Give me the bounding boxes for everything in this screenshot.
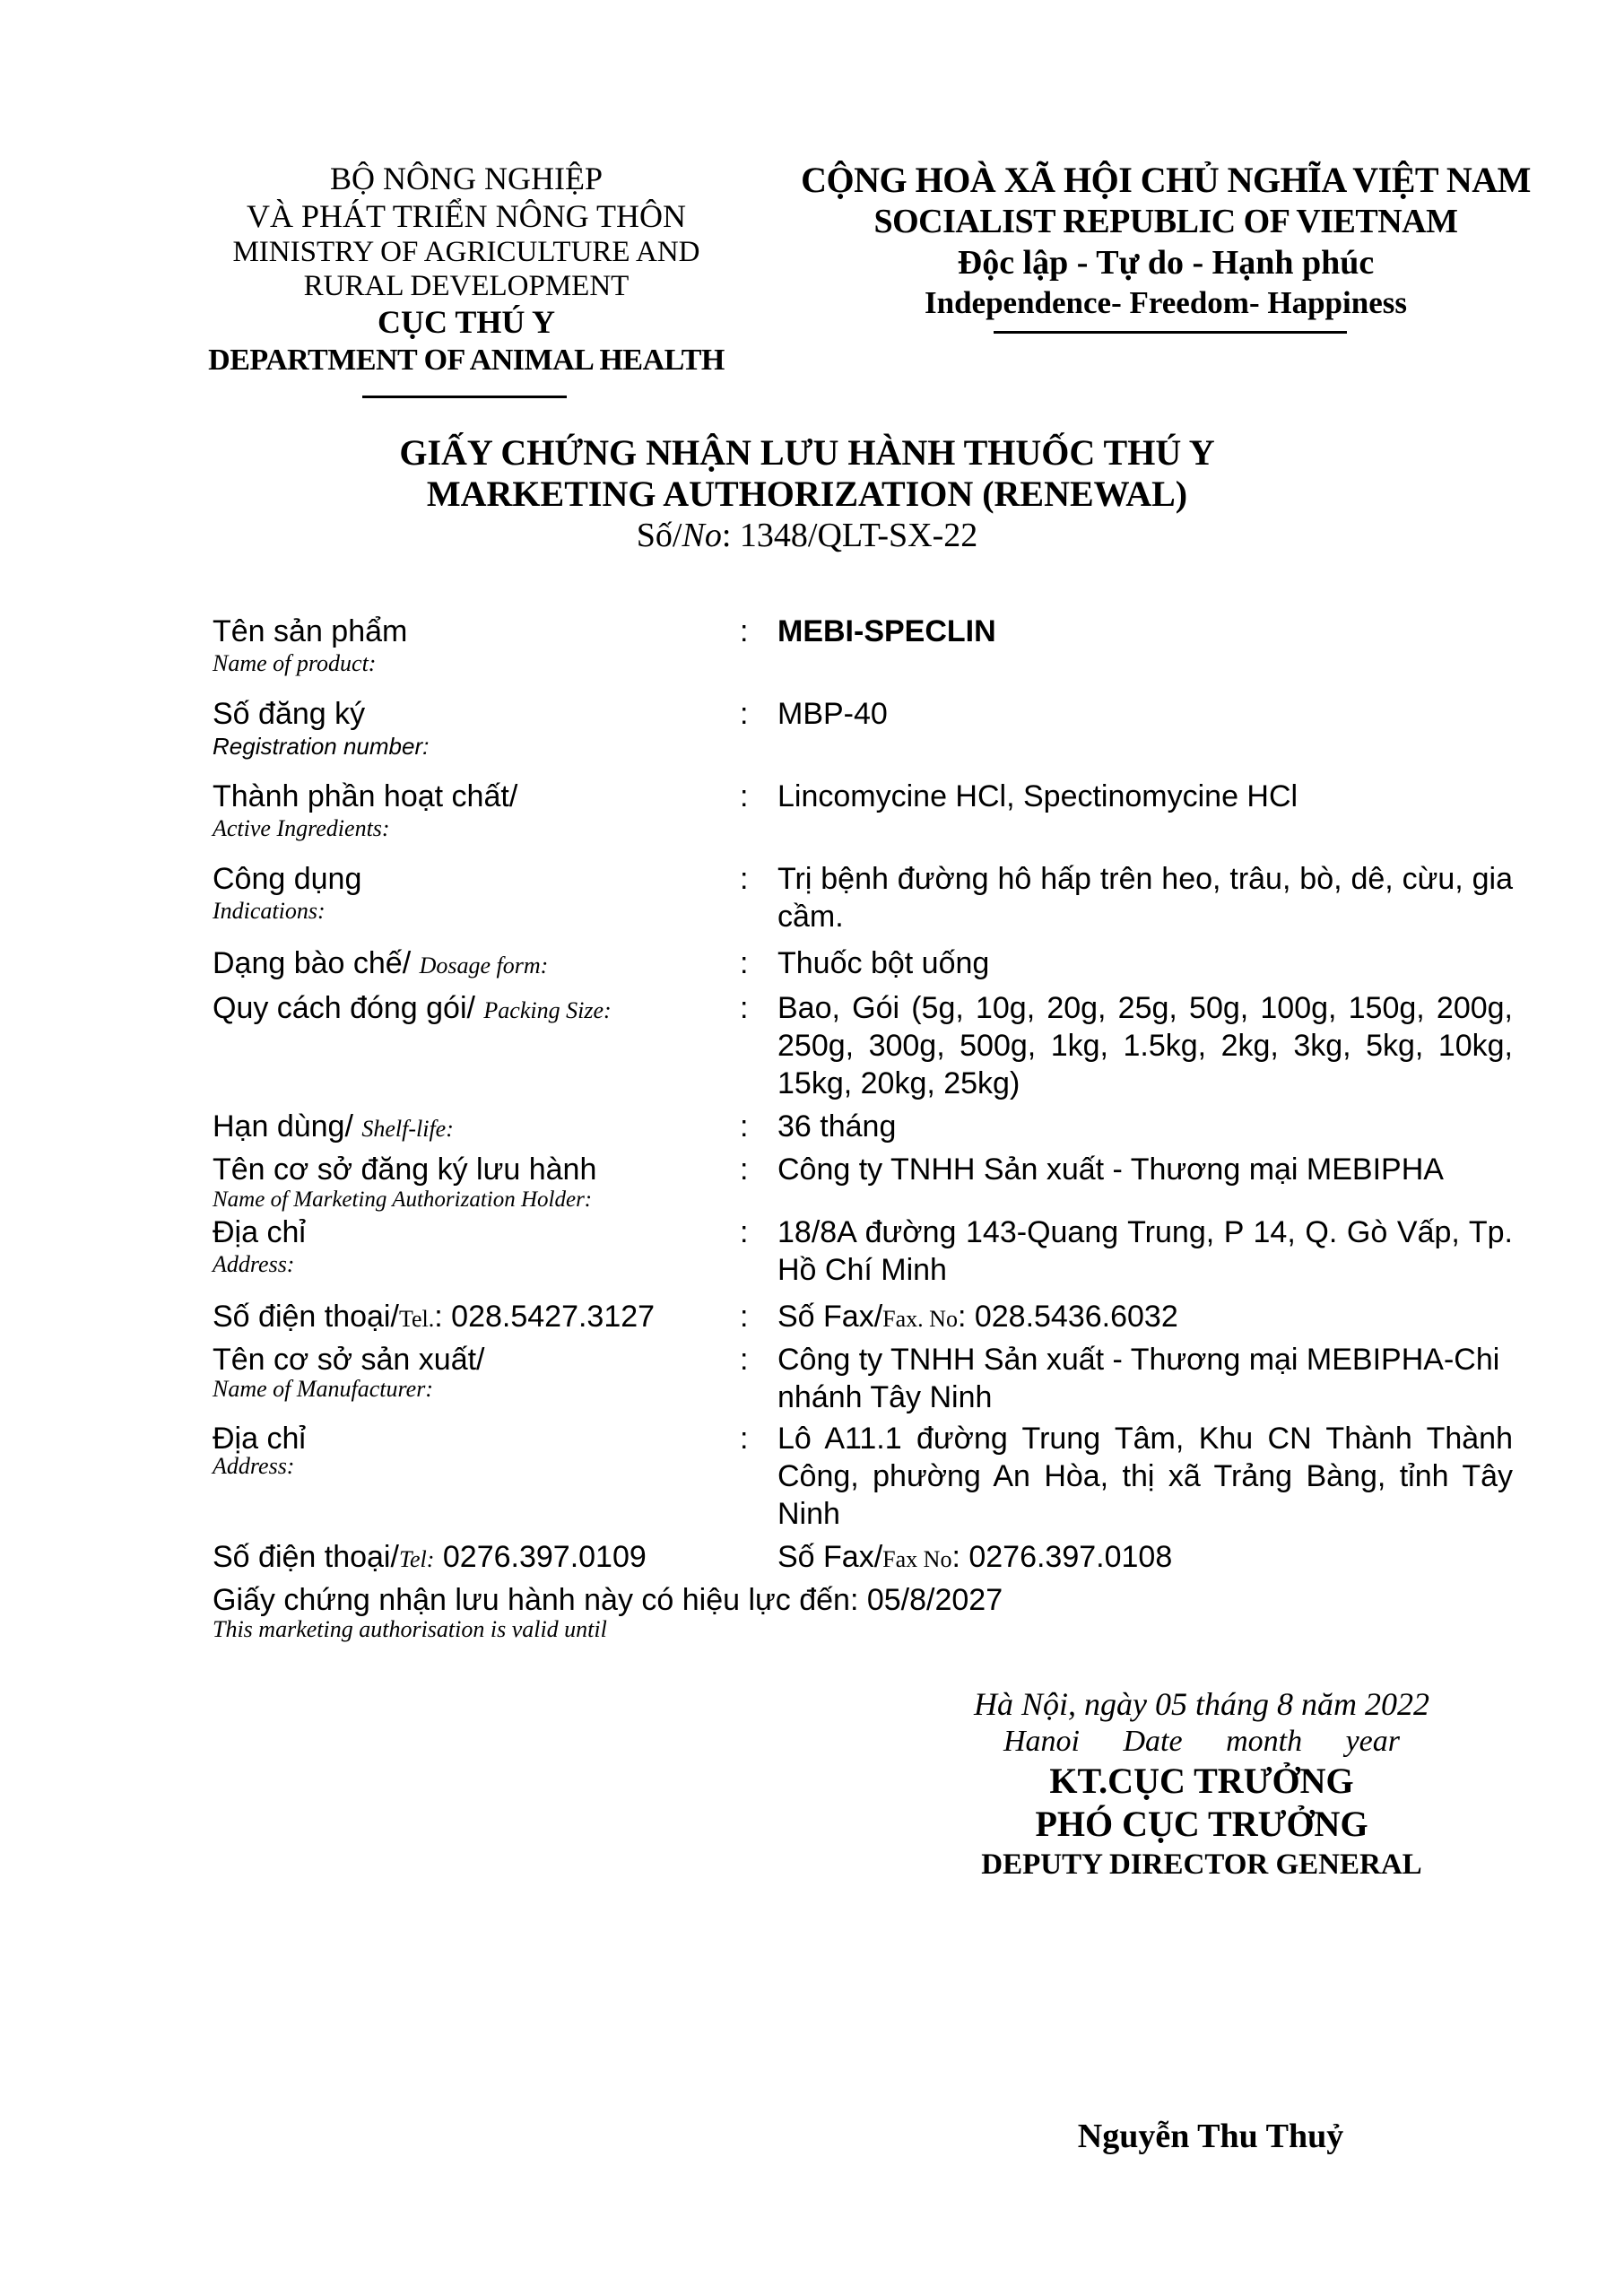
ministry-name-en-2: RURAL DEVELOPMENT <box>170 269 762 303</box>
country-name-vi: CỘNG HOÀ XÃ HỘI CHỦ NGHĨA VIỆT NAM <box>780 160 1551 201</box>
field-colon: : <box>740 1108 777 1151</box>
field-label-vi: Thành phần hoạt chất/ <box>213 778 740 815</box>
signatory-title-1: KT.CỤC TRƯỞNG <box>888 1760 1515 1803</box>
document-title: GIẤY CHỨNG NHẬN LƯU HÀNH THUỐC THÚ Y MAR… <box>179 432 1435 556</box>
fax-label-vi: Số Fax/ <box>777 1540 882 1574</box>
holder-phone-value: : 028.5427.3127 <box>434 1300 655 1334</box>
field-label-en: Address: <box>213 1251 740 1278</box>
field-colon: : <box>740 944 777 989</box>
field-label-en: Indications: <box>213 898 740 925</box>
motto-en: Independence- Freedom- Happiness <box>780 283 1551 323</box>
field-colon: : <box>740 778 777 860</box>
manufacturer-fax-value: : 0276.397.0108 <box>951 1540 1172 1574</box>
packing-size-value: Bao, Gói (5g, 10g, 20g, 25g, 50g, 100g, … <box>777 989 1513 1108</box>
field-registration-number: Số đăng ký Registration number: : MBP-40 <box>213 695 1522 778</box>
title-vi: GIẤY CHỨNG NHẬN LƯU HÀNH THUỐC THÚ Y <box>179 432 1435 474</box>
fax-label-en: Fax. No <box>882 1306 958 1332</box>
title-en: MARKETING AUTHORIZATION (RENEWAL) <box>179 474 1435 515</box>
header-right-divider <box>994 331 1347 334</box>
manufacturer-value: Công ty TNHH Sản xuất - Thương mại MEBIP… <box>777 1341 1513 1420</box>
certificate-fields: Tên sản phẩm Name of product: : MEBI-SPE… <box>213 613 1522 1640</box>
field-dosage-form: Dạng bào chế/ Dosage form: : Thuốc bột u… <box>213 944 1522 989</box>
number-value: : 1348/QLT-SX-22 <box>722 517 977 554</box>
field-label-vi: Tên sản phẩm <box>213 613 740 650</box>
field-manufacturer-contact: Số điện thoại/Tel: 0276.397.0109 Số Fax/… <box>213 1538 1522 1581</box>
registration-number-value: MBP-40 <box>777 695 1513 778</box>
signatory-title-en: DEPUTY DIRECTOR GENERAL <box>888 1846 1515 1883</box>
field-label-vi: Địa chỉ <box>213 1213 740 1251</box>
field-label-en: Name of Marketing Authorization Holder: <box>213 1188 740 1212</box>
validity-text-en: This marketing authorisation is valid un… <box>213 1619 1522 1640</box>
field-manufacturer-address: Địa chỉ Address: : Lô A11.1 đường Trung … <box>213 1420 1522 1538</box>
certificate-number: Số/No: 1348/QLT-SX-22 <box>179 515 1435 556</box>
phone-label-en: Tel: <box>399 1546 435 1572</box>
field-label-vi: Công dụng <box>213 860 740 898</box>
holder-fax-value: : 028.5436.6032 <box>958 1300 1178 1334</box>
ministry-name-vi-2: VÀ PHÁT TRIỂN NÔNG THÔN <box>170 197 762 235</box>
field-holder-contact: Số điện thoại/Tel.: 028.5427.3127 : Số F… <box>213 1298 1522 1341</box>
department-name-en: DEPARTMENT OF ANIMAL HEALTH <box>170 341 762 380</box>
signatory-title-2: PHÓ CỤC TRƯỞNG <box>888 1803 1515 1846</box>
field-colon: : <box>740 860 777 944</box>
validity-statement: Giấy chứng nhận lưu hành này có hiệu lực… <box>213 1581 1522 1640</box>
national-heading: CỘNG HOÀ XÃ HỘI CHỦ NGHĨA VIỆT NAM SOCIA… <box>780 160 1551 323</box>
number-prefix-vi: Số/ <box>637 517 682 554</box>
field-active-ingredients: Thành phần hoạt chất/ Active Ingredients… <box>213 778 1522 860</box>
field-label-en: Address: <box>213 1457 740 1475</box>
validity-text-vi: Giấy chứng nhận lưu hành này có hiệu lực… <box>213 1581 1522 1619</box>
department-name-vi: CỤC THÚ Y <box>170 303 762 341</box>
holder-address-value: 18/8A đường 143-Quang Trung, P 14, Q. Gò… <box>777 1213 1513 1298</box>
dosage-form-value: Thuốc bột uống <box>777 944 1513 989</box>
shelf-life-value: 36 tháng <box>777 1108 1513 1151</box>
field-colon: : <box>740 1298 777 1341</box>
field-label-en: Dosage form: <box>420 952 549 978</box>
field-colon: : <box>740 989 777 1108</box>
field-colon: : <box>740 695 777 778</box>
field-label-en: Packing Size: <box>483 997 611 1023</box>
ministry-name-en-1: MINISTRY OF AGRICULTURE AND <box>170 235 762 269</box>
field-label-en: Name of product: <box>213 650 740 677</box>
motto-vi: Độc lập - Tự do - Hạnh phúc <box>780 242 1551 283</box>
phone-label-en: Tel. <box>399 1306 434 1332</box>
active-ingredients-value: Lincomycine HCl, Spectinomycine HCl <box>777 778 1513 860</box>
field-product-name: Tên sản phẩm Name of product: : MEBI-SPE… <box>213 613 1522 695</box>
field-label-vi: Số đăng ký <box>213 695 740 733</box>
field-label-vi: Dạng bào chế/ <box>213 946 420 980</box>
country-name-en: SOCIALIST REPUBLIC OF VIETNAM <box>780 201 1551 242</box>
field-colon: : <box>740 613 777 695</box>
field-colon: : <box>740 1420 777 1538</box>
field-indications: Công dụng Indications: : Trị bệnh đường … <box>213 860 1522 944</box>
field-label-vi: Hạn dùng/ <box>213 1109 361 1144</box>
field-colon: : <box>740 1213 777 1298</box>
fax-label-vi: Số Fax/ <box>777 1300 882 1334</box>
phone-label-vi: Số điện thoại/ <box>213 1300 399 1334</box>
field-manufacturer: Tên cơ sở sản xuất/ Name of Manufacturer… <box>213 1341 1522 1420</box>
ministry-name-vi-1: BỘ NÔNG NGHIỆP <box>170 160 762 197</box>
place-date-vi: Hà Nội, ngày 05 tháng 8 năm 2022 <box>888 1684 1515 1724</box>
field-colon: : <box>740 1151 777 1213</box>
signer-name: Nguyễn Thu Thuỷ <box>986 2117 1435 2156</box>
field-label-vi: Tên cơ sở sản xuất/ <box>213 1341 740 1378</box>
header-left-divider <box>362 396 567 398</box>
signature-block: Hà Nội, ngày 05 tháng 8 năm 2022 Hanoi D… <box>888 1684 1515 1883</box>
place-date-en: Hanoi Date month year <box>888 1724 1515 1760</box>
indications-value: Trị bệnh đường hô hấp trên heo, trâu, bò… <box>777 860 1513 944</box>
field-ma-holder: Tên cơ sở đăng ký lưu hành Name of Marke… <box>213 1151 1522 1213</box>
fax-label-en: Fax No <box>882 1546 951 1572</box>
field-holder-address: Địa chỉ Address: : 18/8A đường 143-Quang… <box>213 1213 1522 1298</box>
field-colon: : <box>740 1341 777 1420</box>
phone-label-vi: Số điện thoại/ <box>213 1540 399 1574</box>
manufacturer-phone-value: 0276.397.0109 <box>434 1540 646 1574</box>
field-shelf-life: Hạn dùng/ Shelf-life: : 36 tháng <box>213 1108 1522 1151</box>
number-prefix-en: No <box>682 517 721 554</box>
field-label-en: Registration number: <box>213 733 740 760</box>
field-label-en: Active Ingredients: <box>213 815 740 842</box>
field-label-vi: Quy cách đóng gói/ <box>213 991 483 1025</box>
field-packing-size: Quy cách đóng gói/ Packing Size: : Bao, … <box>213 989 1522 1108</box>
field-label-en: Shelf-life: <box>361 1116 454 1142</box>
issuing-authority: BỘ NÔNG NGHIỆP VÀ PHÁT TRIỂN NÔNG THÔN M… <box>170 160 762 380</box>
field-label-vi: Tên cơ sở đăng ký lưu hành <box>213 1151 740 1188</box>
field-label-vi: Địa chỉ <box>213 1420 740 1457</box>
field-label-en: Name of Manufacturer: <box>213 1378 740 1400</box>
ma-holder-value: Công ty TNHH Sản xuất - Thương mại MEBIP… <box>777 1151 1513 1213</box>
manufacturer-address-value: Lô A11.1 đường Trung Tâm, Khu CN Thành T… <box>777 1420 1513 1538</box>
product-name-value: MEBI-SPECLIN <box>777 613 1513 695</box>
